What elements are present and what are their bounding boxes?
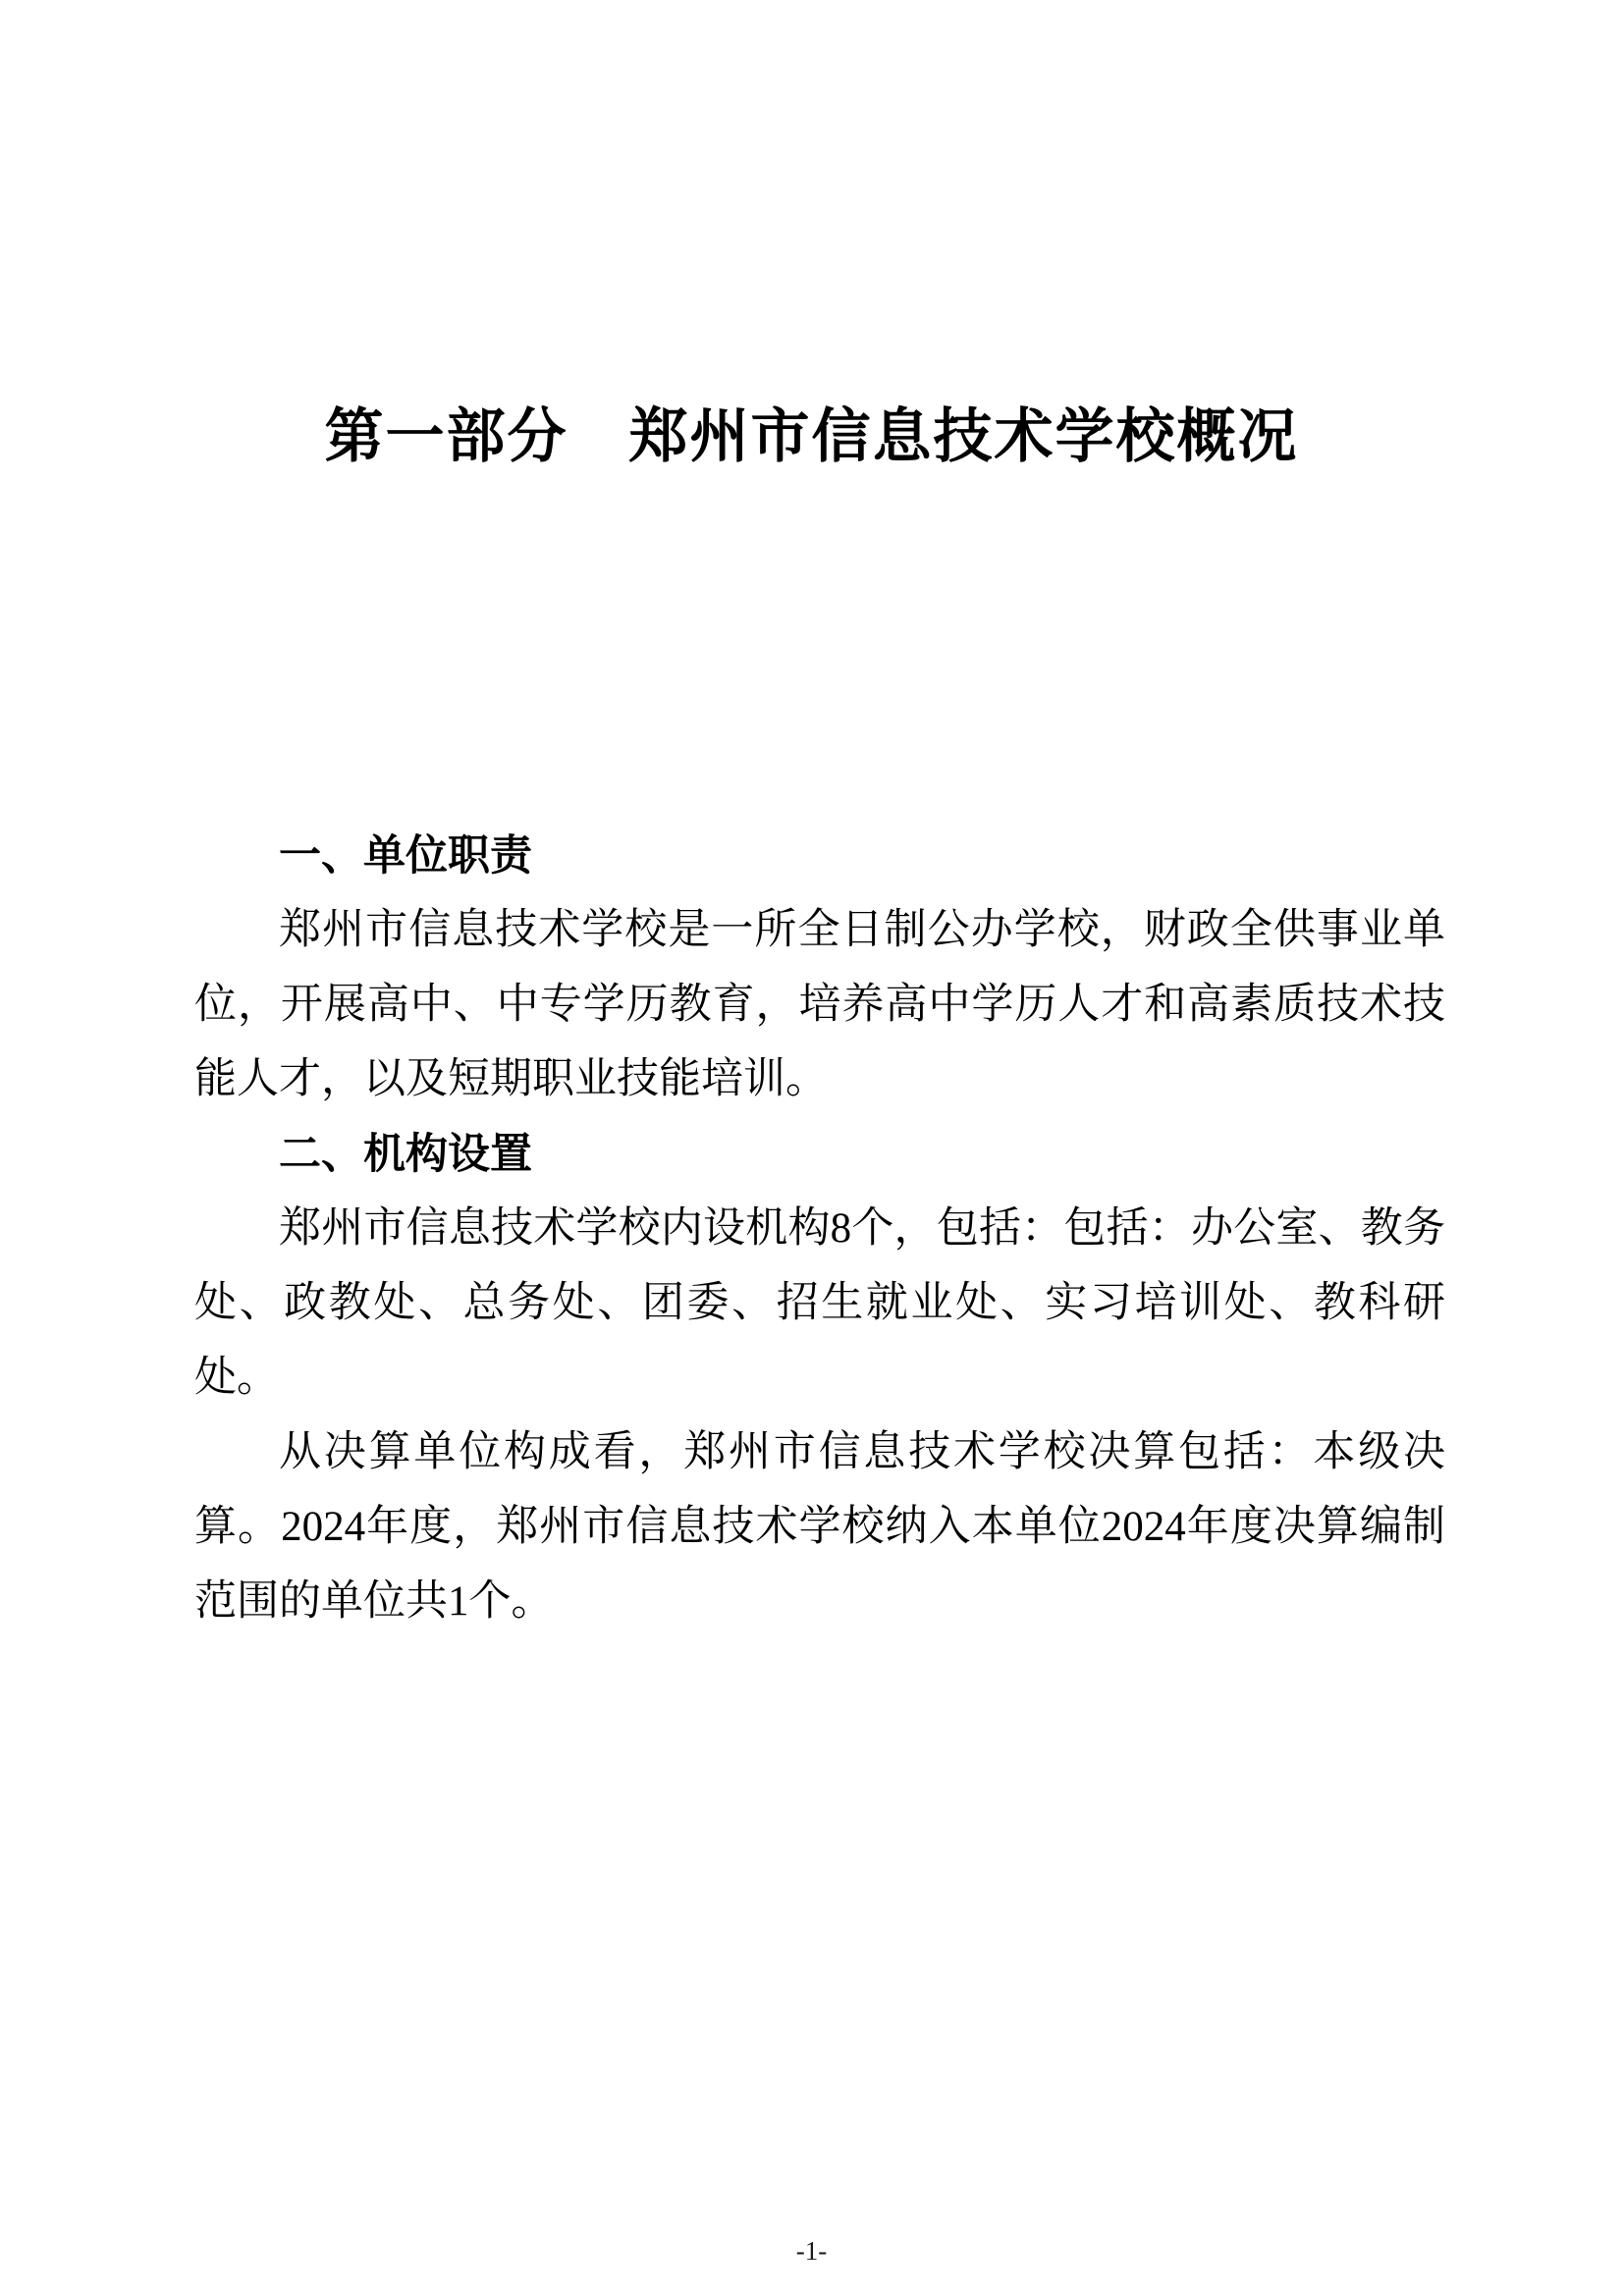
- document-page: 第一部分 郑州市信息技术学校概况 一、单位职责 郑州市信息技术学校是一所全日制公…: [0, 0, 1623, 2296]
- page-number: -1-: [0, 2234, 1623, 2268]
- section-heading-unit-duties: 一、单位职责: [194, 819, 1445, 893]
- paragraph-accounts-scope: 从决算单位构成看，郑州市信息技术学校决算包括：本级决算。2024年度，郑州市信息…: [194, 1415, 1445, 1639]
- document-body: 一、单位职责 郑州市信息技术学校是一所全日制公办学校，财政全供事业单位，开展高中…: [194, 819, 1445, 1639]
- section-heading-org-structure: 二、机构设置: [194, 1117, 1445, 1192]
- paragraph-unit-duties: 郑州市信息技术学校是一所全日制公办学校，财政全供事业单位，开展高中、中专学历教育…: [194, 893, 1445, 1117]
- document-title: 第一部分 郑州市信息技术学校概况: [0, 402, 1623, 471]
- paragraph-org-structure: 郑州市信息技术学校内设机构8个，包括：包括：办公室、教务处、政教处、总务处、团委…: [194, 1192, 1445, 1415]
